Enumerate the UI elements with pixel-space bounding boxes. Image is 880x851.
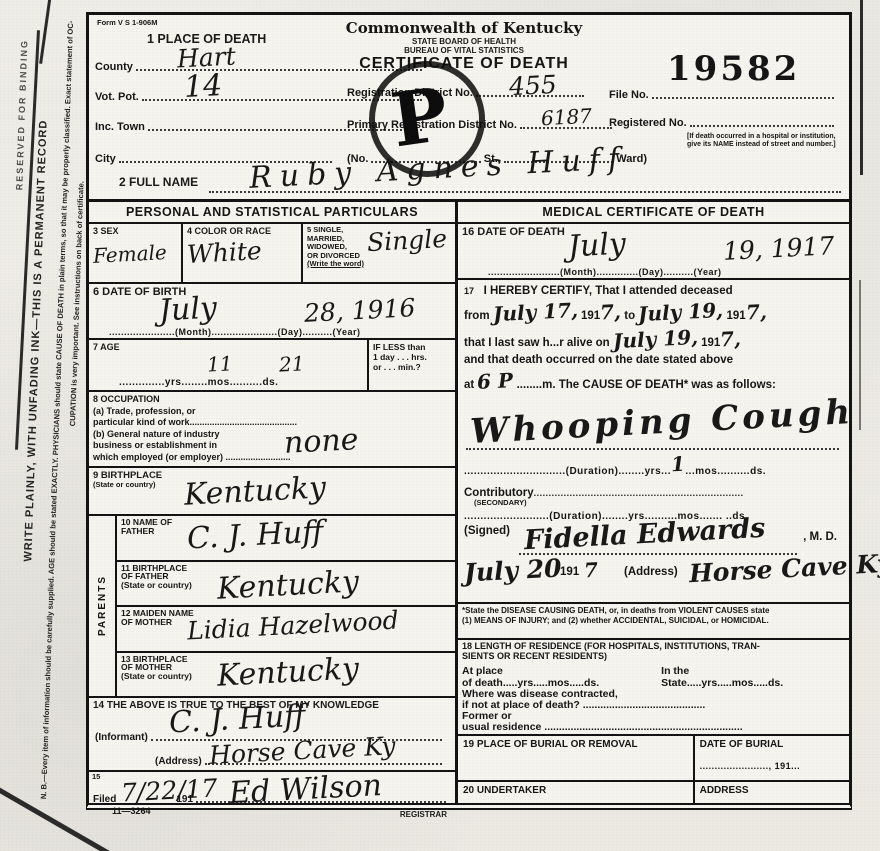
year-print: 191: [701, 337, 720, 349]
undertaker-label: 20 UNDERTAKER: [458, 780, 693, 804]
last-saw-label: that I last saw h...r alive on: [464, 337, 610, 349]
year-print: 191: [581, 310, 600, 322]
hospital-note: [If death occurred in a hospital or inst…: [687, 133, 837, 149]
registered-no-line: [690, 125, 834, 127]
from-label: from: [464, 310, 490, 322]
informant-address-label: (Address): [155, 756, 202, 767]
birthplace-value: Kentucky: [183, 470, 327, 512]
occupation-label: 8 OCCUPATION (a) Trade, profession, or p…: [89, 392, 455, 465]
if-less-label: IF LESS than 1 day . . . hrs. or . . . m…: [373, 342, 451, 372]
medical-section-title: MEDICAL CERTIFICATE OF DEATH: [458, 202, 849, 224]
attended-to-year: 7,: [745, 299, 767, 324]
last-saw-year: 7,: [720, 326, 742, 351]
filed-label: Filed: [93, 794, 116, 805]
file-number-value: 19582: [667, 49, 800, 89]
age-months-value: 11: [206, 351, 233, 376]
father-birthplace-value: Kentucky: [216, 564, 360, 606]
at-label: at: [464, 379, 474, 391]
residence-at-place: At placeof death.....yrs.....mos.....ds.: [462, 665, 661, 689]
age-units-line: ..............yrs........mos..........ds…: [119, 377, 278, 388]
sex-label: 3 SEX: [93, 226, 177, 236]
mother-birthplace-value: Kentucky: [216, 651, 360, 693]
plate-number: 11—3264: [112, 806, 151, 816]
registrar-label: REGISTRAR: [400, 810, 447, 819]
race-value: White: [186, 236, 262, 269]
dod-month-day-year-line: ........................(Month).........…: [488, 267, 722, 277]
dob-month-day-year-line: ......................(Month)...........…: [109, 327, 361, 337]
write-plainly-text: WRITE PLAINLY, WITH UNFADING INK—THIS IS…: [22, 120, 49, 562]
residence-label: 18 LENGTH OF RESIDENCE (FOR HOSPITALS, I…: [462, 641, 845, 661]
disease-contracted: Where was disease contracted,if not at p…: [462, 689, 845, 711]
registered-no-label: Registered No.: [609, 117, 687, 129]
commonwealth-title: Commonwealth of Kentucky: [344, 19, 584, 37]
binding-margin-text: RESERVED FOR BINDING: [14, 39, 29, 191]
bureau-title: BUREAU OF VITAL STATISTICS: [344, 46, 584, 55]
m-label: ........m.: [517, 379, 556, 391]
duration-months-value: 1: [670, 452, 686, 477]
dob-month-value: July: [158, 291, 218, 329]
father-name-value: C. J. Huff: [186, 514, 324, 556]
former-residence: Former orusual residence ...............…: [462, 711, 845, 733]
county-label: County: [95, 61, 133, 73]
date-of-death-month: July: [567, 227, 627, 265]
form-header: Form V S 1-906M 1 PLACE OF DEATH County …: [89, 15, 849, 202]
signed-label: (Signed): [464, 525, 510, 537]
personal-section-title: PERSONAL AND STATISTICAL PARTICULARS: [89, 202, 455, 224]
contributory-line: ........................................…: [534, 488, 744, 498]
filed-date-value: 7/22/17: [120, 773, 218, 807]
race-label: 4 COLOR OR RACE: [187, 226, 297, 236]
sex-value: Female: [92, 240, 167, 268]
attended-from-year: 7,: [600, 299, 622, 324]
death-occurred-statement: and that death occurred on the date stat…: [464, 354, 843, 366]
occupation-value: none: [283, 422, 359, 461]
registration-district-value: 455: [508, 70, 557, 101]
birthplace-sublabel: (State or country): [93, 481, 156, 490]
cause-footnote: *State the DISEASE CAUSING DEATH, or, in…: [458, 604, 849, 640]
duration-primary-line: ...............................(Duration…: [464, 466, 671, 477]
scan-edge-line: [860, 0, 863, 175]
date-of-death-label: 16 DATE OF DEATH: [462, 226, 565, 238]
signature-date: July 20: [463, 553, 562, 587]
signature-address-label: (Address): [624, 566, 678, 578]
full-name-label: 2 FULL NAME: [119, 175, 198, 189]
residence-in-state: In theState.....yrs.....mos.....ds.: [661, 665, 783, 689]
filed-section-number: 15: [92, 773, 100, 782]
medical-section: MEDICAL CERTIFICATE OF DEATH 16 DATE OF …: [458, 202, 849, 803]
burial-place-label: 19 PLACE OF BURIAL OR REMOVAL: [458, 736, 693, 780]
form-number: Form V S 1-906M: [97, 18, 157, 27]
primary-district-value: 6187: [540, 104, 592, 131]
death-certificate-form: Form V S 1-906M 1 PLACE OF DEATH County …: [86, 12, 852, 810]
date-of-death-day-year: 19, 1917: [722, 231, 835, 266]
file-no-line: [652, 97, 834, 99]
cause-line: [466, 448, 839, 450]
certify-statement: I HEREBY CERTIFY, That I attended deceas…: [484, 285, 733, 297]
nb-instructions-text-2: CUPATION is very important. See instruct…: [68, 181, 86, 426]
dob-day-year-value: 28, 1916: [303, 293, 416, 328]
burial-date-cell: DATE OF BURIAL ......................., …: [693, 736, 849, 780]
age-days-value: 21: [278, 351, 305, 376]
inc-town-label: Inc. Town: [95, 121, 145, 133]
cause-of-death-value: Whooping Cough: [469, 392, 855, 452]
attended-to-date: July 19,: [638, 298, 724, 326]
cause-intro: The CAUSE OF DEATH* was as follows:: [559, 379, 776, 391]
duration-primary-line-end: ...mos..........ds.: [685, 466, 766, 477]
year-print: 191: [560, 566, 579, 578]
precinct-value: 14: [183, 68, 223, 105]
parents-vertical-label: PARENTS: [89, 516, 117, 696]
personal-section: PERSONAL AND STATISTICAL PARTICULARS 3 S…: [89, 202, 458, 803]
informant-label: (Informant): [95, 732, 148, 743]
secondary-label: (SECONDARY): [474, 499, 843, 508]
signature-date-year: 7: [583, 557, 598, 582]
marital-value: Single: [366, 224, 447, 257]
year-print: 191: [726, 310, 745, 322]
time-of-death-value: 6 P: [477, 368, 514, 394]
state-board-title: STATE BOARD OF HEALTH: [344, 37, 584, 46]
undertaker-address-label: ADDRESS: [693, 780, 849, 804]
file-no-label: File No.: [609, 89, 649, 101]
certify-section-number: 17: [464, 286, 474, 296]
city-label: City: [95, 153, 116, 165]
informant-value: C. J. Huff: [168, 698, 306, 740]
precinct-label: Vot. Pot.: [95, 91, 139, 103]
scan-edge-line: [859, 280, 861, 430]
attended-from-date: July 17,: [492, 298, 578, 326]
to-label: to: [624, 310, 635, 322]
last-saw-date: July 19,: [612, 325, 698, 353]
md-label: , M. D.: [803, 531, 837, 543]
